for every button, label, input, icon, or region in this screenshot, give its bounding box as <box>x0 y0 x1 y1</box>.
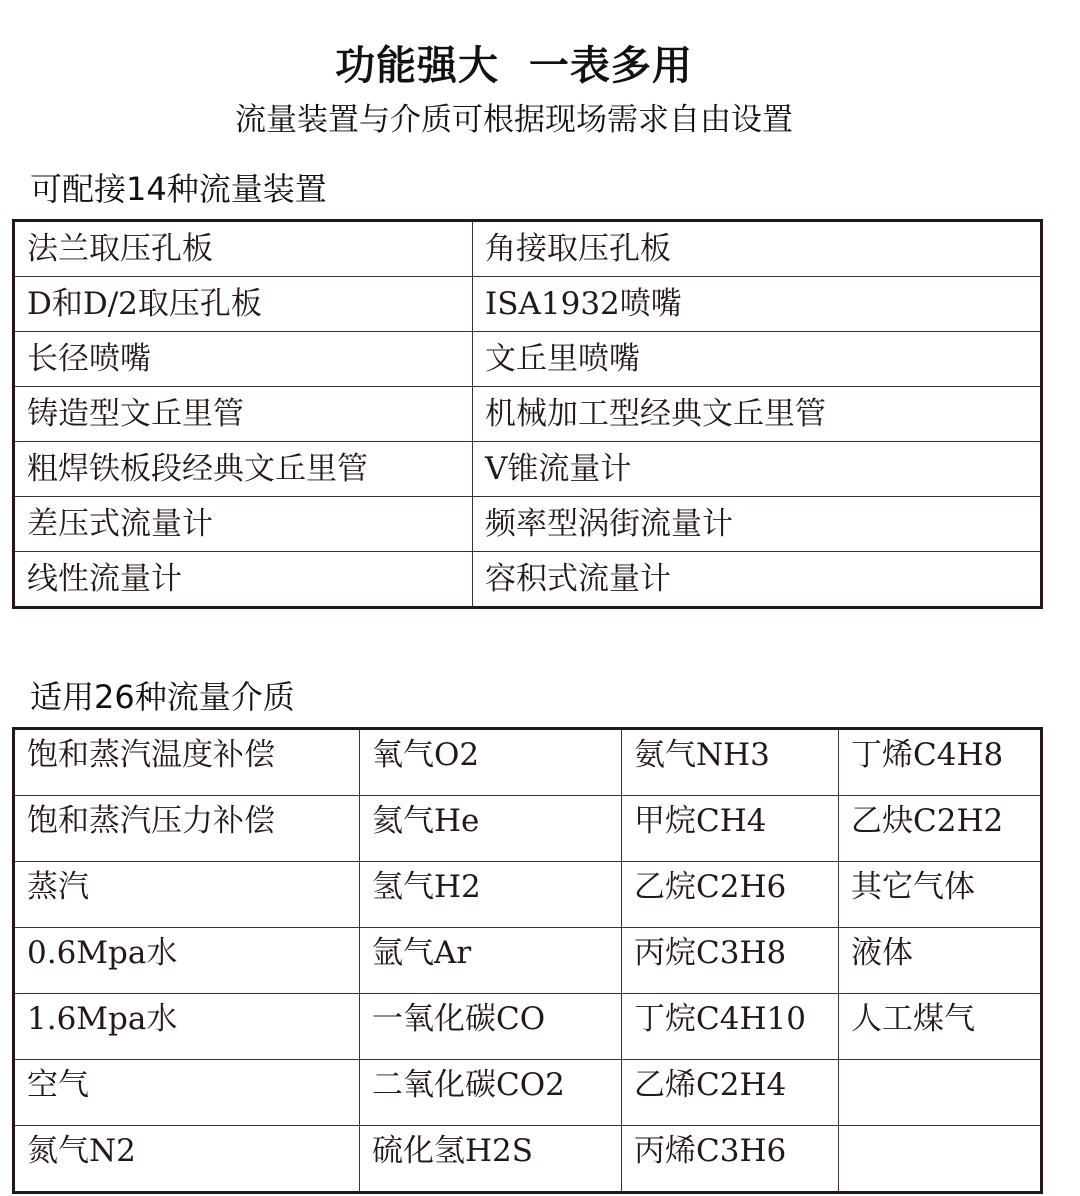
table-cell: 丁烯C4H8 <box>839 729 1042 796</box>
devices-table: 法兰取压孔板 角接取压孔板 D和D/2取压孔板 ISA1932喷嘴 长径喷嘴 文… <box>12 219 1043 609</box>
table-cell: 空气 <box>14 1060 360 1126</box>
table-cell: 乙烷C2H6 <box>622 862 839 928</box>
table-cell: 差压式流量计 <box>14 497 473 552</box>
table-cell: 容积式流量计 <box>473 552 1042 608</box>
table-cell: 长径喷嘴 <box>14 332 473 387</box>
table-cell <box>839 1126 1042 1193</box>
table-cell: 铸造型文丘里管 <box>14 387 473 442</box>
table-cell: 频率型涡街流量计 <box>473 497 1042 552</box>
table-cell: ISA1932喷嘴 <box>473 277 1042 332</box>
page-title: 功能强大 一表多用 <box>0 34 1028 91</box>
table-cell: V锥流量计 <box>473 442 1042 497</box>
table-row: 长径喷嘴 文丘里喷嘴 <box>14 332 1042 387</box>
media-table: 饱和蒸汽温度补偿 氧气O2 氨气NH3 丁烯C4H8 饱和蒸汽压力补偿 氦气He… <box>12 727 1043 1194</box>
table-cell: 氦气He <box>360 796 622 862</box>
table-row: 氮气N2 硫化氢H2S 丙烯C3H6 <box>14 1126 1042 1193</box>
table-cell: 饱和蒸汽温度补偿 <box>14 729 360 796</box>
table-cell: 二氧化碳CO2 <box>360 1060 622 1126</box>
table-row: 饱和蒸汽压力补偿 氦气He 甲烷CH4 乙炔C2H2 <box>14 796 1042 862</box>
table-cell: D和D/2取压孔板 <box>14 277 473 332</box>
table-cell: 氢气H2 <box>360 862 622 928</box>
table-cell: 丁烷C4H10 <box>622 994 839 1060</box>
page-subtitle: 流量装置与介质可根据现场需求自由设置 <box>0 94 1028 139</box>
table-cell: 乙炔C2H2 <box>839 796 1042 862</box>
table-cell: 法兰取压孔板 <box>14 221 473 277</box>
table-cell: 甲烷CH4 <box>622 796 839 862</box>
table-cell: 液体 <box>839 928 1042 994</box>
table-cell: 氩气Ar <box>360 928 622 994</box>
table-row: 法兰取压孔板 角接取压孔板 <box>14 221 1042 277</box>
table-row: 空气 二氧化碳CO2 乙烯C2H4 <box>14 1060 1042 1126</box>
table-row: 1.6Mpa水 一氧化碳CO 丁烷C4H10 人工煤气 <box>14 994 1042 1060</box>
devices-heading: 可配接14种流量装置 <box>30 164 327 210</box>
table-cell: 0.6Mpa水 <box>14 928 360 994</box>
table-row: D和D/2取压孔板 ISA1932喷嘴 <box>14 277 1042 332</box>
table-cell <box>839 1060 1042 1126</box>
table-row: 蒸汽 氢气H2 乙烷C2H6 其它气体 <box>14 862 1042 928</box>
table-cell: 文丘里喷嘴 <box>473 332 1042 387</box>
table-row: 线性流量计 容积式流量计 <box>14 552 1042 608</box>
table-cell: 丙烷C3H8 <box>622 928 839 994</box>
table-cell: 角接取压孔板 <box>473 221 1042 277</box>
table-cell: 一氧化碳CO <box>360 994 622 1060</box>
table-cell: 氮气N2 <box>14 1126 360 1193</box>
table-cell: 粗焊铁板段经典文丘里管 <box>14 442 473 497</box>
table-cell: 人工煤气 <box>839 994 1042 1060</box>
table-row: 粗焊铁板段经典文丘里管 V锥流量计 <box>14 442 1042 497</box>
table-row: 0.6Mpa水 氩气Ar 丙烷C3H8 液体 <box>14 928 1042 994</box>
media-heading: 适用26种流量介质 <box>30 672 295 718</box>
table-cell: 氧气O2 <box>360 729 622 796</box>
table-row: 差压式流量计 频率型涡街流量计 <box>14 497 1042 552</box>
table-cell: 蒸汽 <box>14 862 360 928</box>
table-cell: 饱和蒸汽压力补偿 <box>14 796 360 862</box>
table-cell: 氨气NH3 <box>622 729 839 796</box>
table-cell: 硫化氢H2S <box>360 1126 622 1193</box>
table-cell: 1.6Mpa水 <box>14 994 360 1060</box>
table-cell: 机械加工型经典文丘里管 <box>473 387 1042 442</box>
table-cell: 线性流量计 <box>14 552 473 608</box>
table-cell: 丙烯C3H6 <box>622 1126 839 1193</box>
table-cell: 其它气体 <box>839 862 1042 928</box>
table-row: 铸造型文丘里管 机械加工型经典文丘里管 <box>14 387 1042 442</box>
table-row: 饱和蒸汽温度补偿 氧气O2 氨气NH3 丁烯C4H8 <box>14 729 1042 796</box>
table-cell: 乙烯C2H4 <box>622 1060 839 1126</box>
